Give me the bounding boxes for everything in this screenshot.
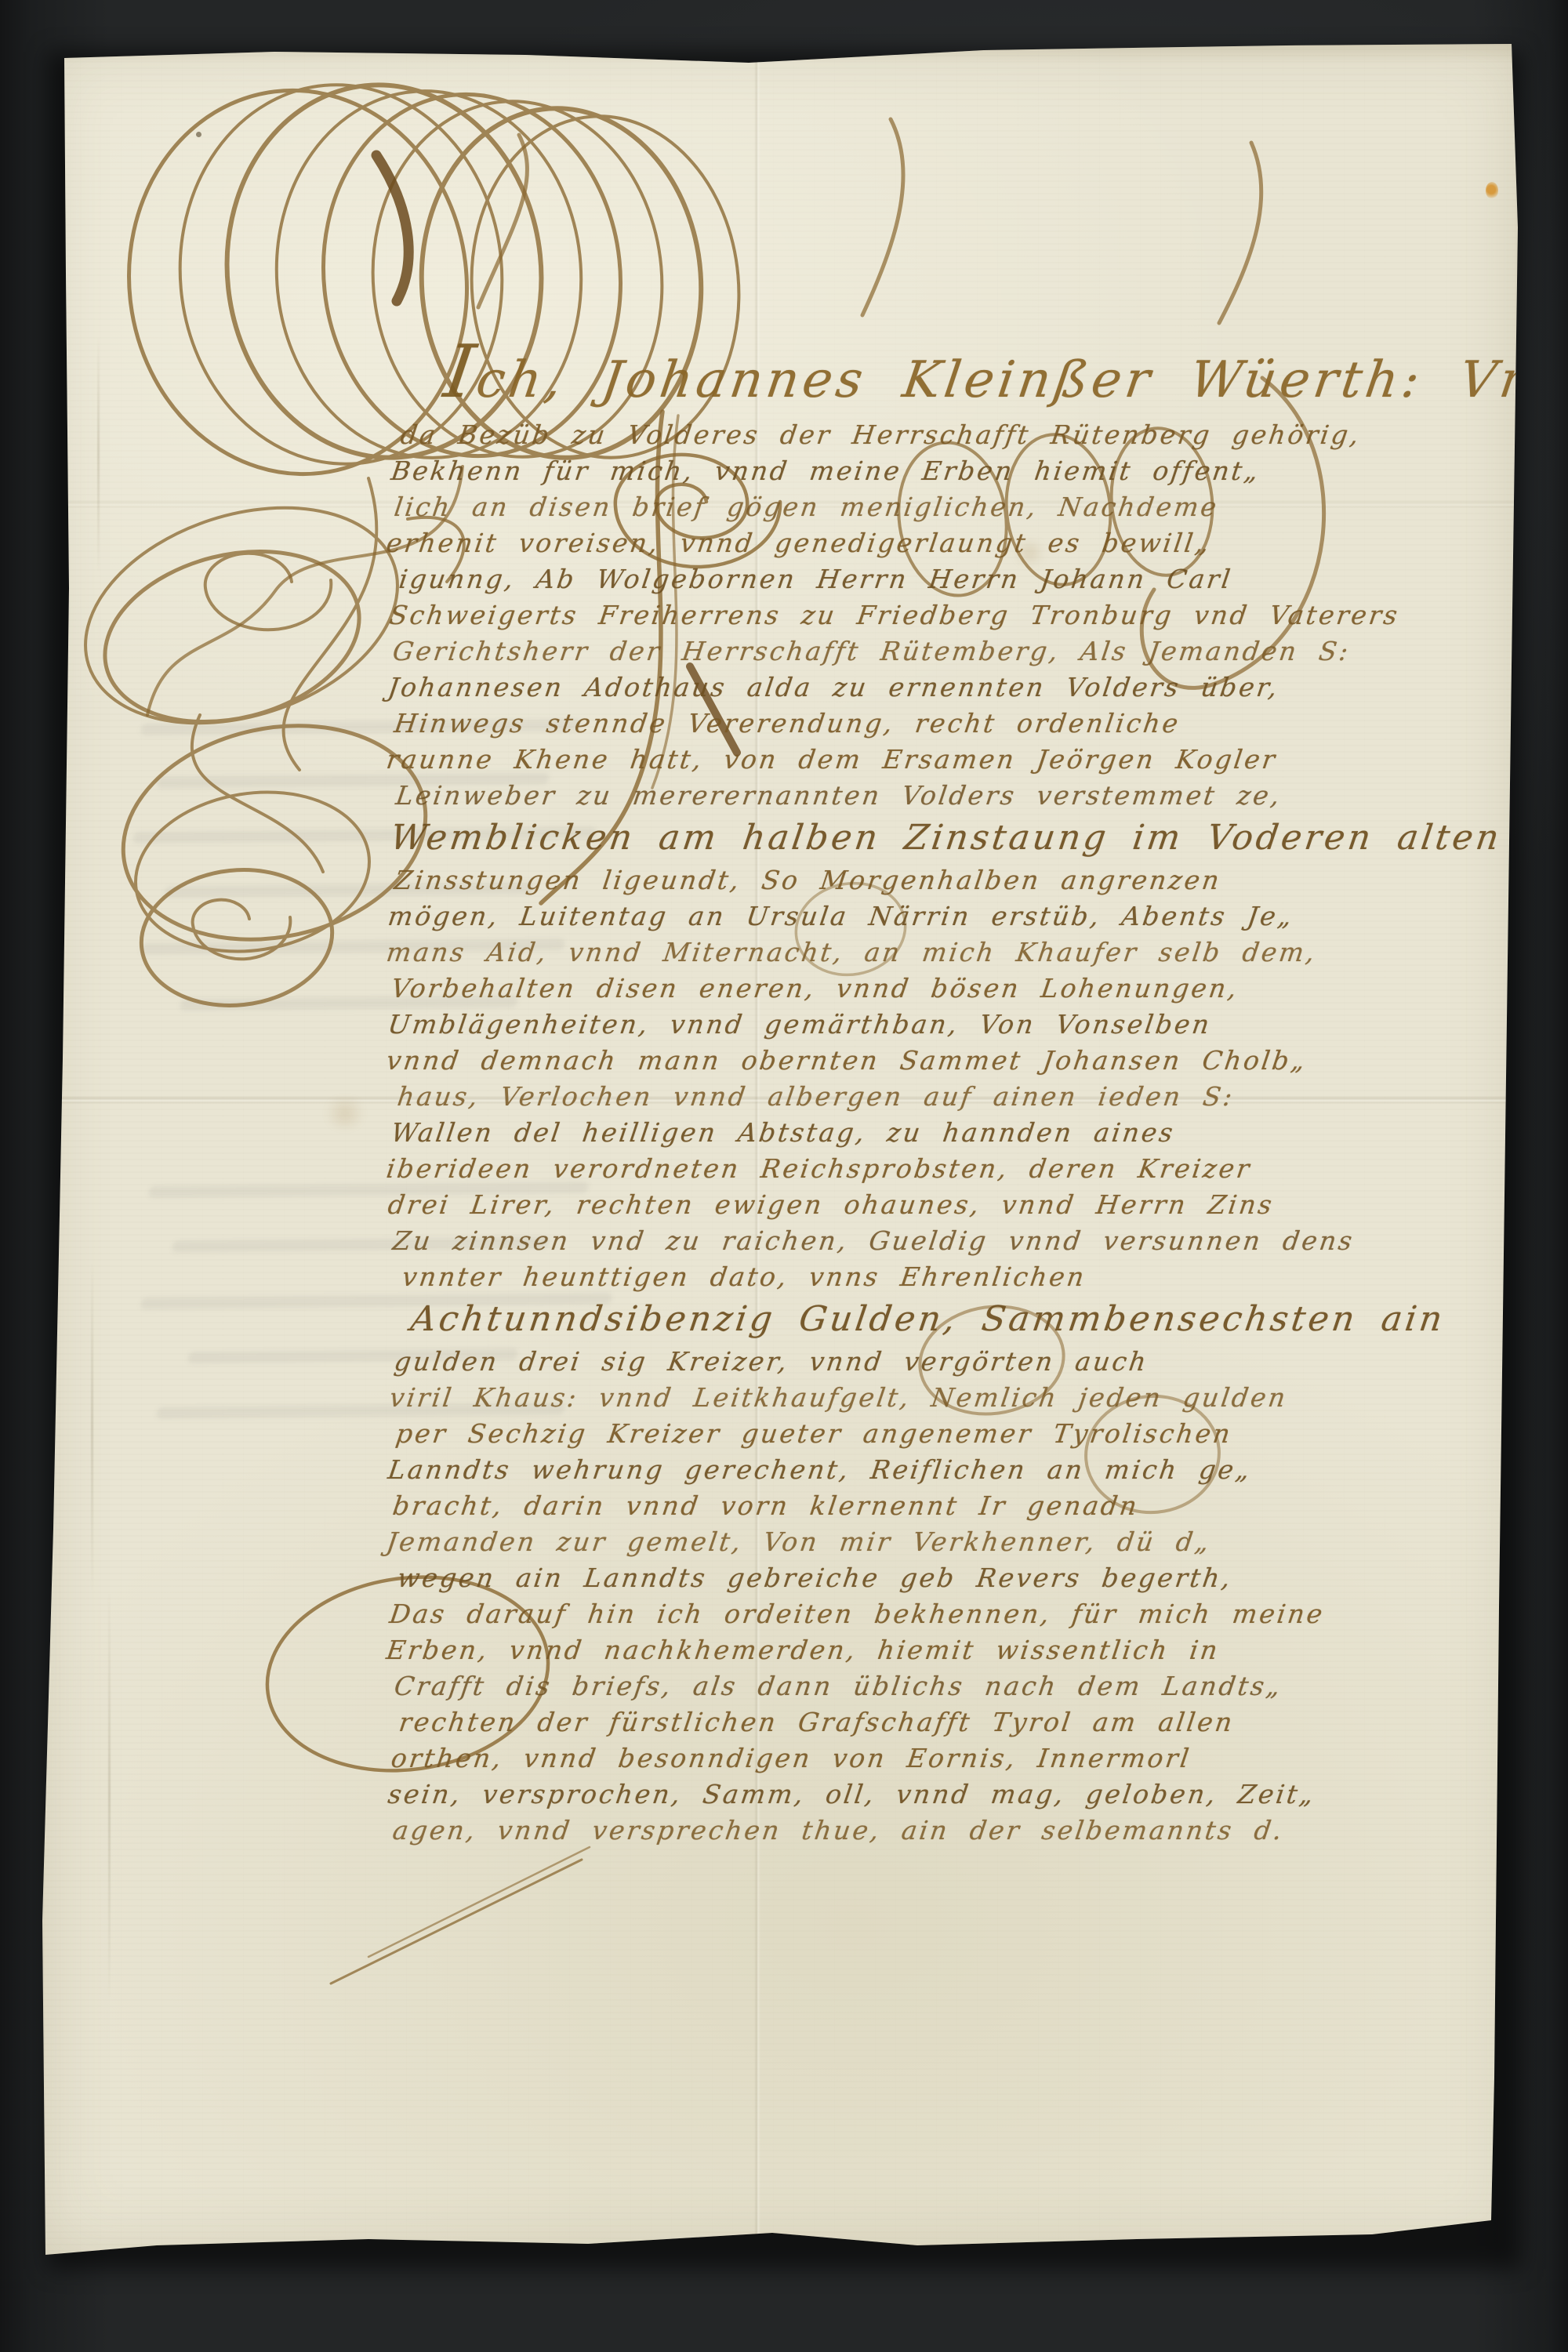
manuscript-line: per Sechzig Kreizer gueter angenemer Tyr…	[384, 1416, 1534, 1452]
manuscript-line: Ich, Johannes Kleinßer Wüerth: Vnd	[384, 331, 1541, 417]
manuscript-line: Umblägenheiten, vnnd gemärthban, Von Von…	[384, 1007, 1534, 1043]
photo-backdrop: Ich, Johannes Kleinßer Wüerth: Vndda Bez…	[0, 0, 1568, 2352]
manuscript-line: Vorbehalten disen eneren, vnnd bösen Loh…	[384, 971, 1534, 1007]
manuscript-line: Crafft dis briefs, als dann üblichs nach…	[384, 1668, 1534, 1704]
manuscript-line: bracht, darin vnnd vorn klernennt Ir gen…	[384, 1488, 1534, 1524]
ink-stain	[196, 132, 201, 137]
manuscript-line: Lanndts wehrung gerechent, Reiflichen an…	[384, 1452, 1534, 1488]
ink-stain	[1486, 182, 1498, 199]
text-block: Ich, Johannes Kleinßer Wüerth: Vndda Bez…	[384, 331, 1529, 1849]
manuscript-line: viril Khaus: vnnd Leitkhaufgelt, Nemlich…	[384, 1380, 1534, 1416]
manuscript-line: da Bezüb zu Volderes der Herrschafft Rüt…	[384, 417, 1534, 453]
manuscript-line: Hinwegs stennde Vererendung, recht orden…	[384, 706, 1534, 742]
manuscript-line: Bekhenn für mich, vnnd meine Erben hiemi…	[384, 453, 1534, 489]
manuscript-line: erhenit voreisen, vnnd genedigerlaungt e…	[384, 525, 1534, 561]
manuscript-line: drei Lirer, rechten ewigen ohaunes, vnnd…	[384, 1187, 1534, 1223]
manuscript-line: igunng, Ab Wolgebornen Herrn Herrn Johan…	[384, 561, 1534, 597]
manuscript-line: Wemblicken am halben Zinstaung im Vodere…	[384, 814, 1536, 862]
manuscript-line: sein, versprochen, Samm, oll, vnnd mag, …	[384, 1777, 1534, 1813]
manuscript-line: iberideen verordneten Reichsprobsten, de…	[384, 1151, 1534, 1187]
paper-wrinkle	[108, 1592, 111, 1999]
manuscript-line: rechten der fürstlichen Grafschafft Tyro…	[384, 1704, 1534, 1740]
manuscript-line: agen, vnnd versprechen thue, ain der sel…	[384, 1813, 1534, 1849]
manuscript-line: Jemanden zur gemelt, Von mir Verkhenner,…	[384, 1524, 1534, 1560]
manuscript-line: Zinsstungen ligeundt, So Morgenhalben an…	[384, 862, 1534, 898]
manuscript-line: mans Aid, vnnd Miternacht, an mich Khauf…	[384, 935, 1534, 971]
manuscript-line: Wallen del heilligen Abtstag, zu hannden…	[384, 1115, 1534, 1151]
manuscript-line: Zu zinnsen vnd zu raichen, Gueldig vnnd …	[384, 1223, 1534, 1259]
ink-stain	[321, 1098, 368, 1129]
manuscript-line: orthen, vnnd besonndigen von Eornis, Inn…	[384, 1740, 1534, 1777]
manuscript-line: Johannesen Adothaus alda zu ernennten Vo…	[384, 670, 1534, 706]
manuscript-line: lich an disen brief gögen meniglichen, N…	[384, 489, 1534, 525]
manuscript-line: wegen ain Lanndts gebreiche geb Revers b…	[384, 1560, 1534, 1596]
manuscript-line: vnnter heunttigen dato, vnns Ehrenlichen	[384, 1259, 1534, 1295]
manuscript-line: raunne Khene hatt, von dem Ersamen Jeörg…	[384, 742, 1534, 778]
manuscript-line: Leinweber zu mererernannten Volders vers…	[384, 778, 1534, 814]
manuscript-line: mögen, Luitentag an Ursula Närrin erstüb…	[384, 898, 1534, 935]
manuscript-line: Gerichtsherr der Herrschafft Rütemberg, …	[384, 633, 1534, 670]
manuscript-line: haus, Verlochen vnnd albergen auf ainen …	[384, 1079, 1534, 1115]
manuscript-line: Erben, vnnd nachkhemerden, hiemit wissen…	[384, 1632, 1534, 1668]
manuscript-line: Das darauf hin ich ordeiten bekhennen, f…	[384, 1596, 1534, 1632]
manuscript-page: Ich, Johannes Kleinßer Wüerth: Vndda Bez…	[39, 39, 1521, 2258]
manuscript-line: vnnd demnach mann obernten Sammet Johans…	[384, 1043, 1534, 1079]
paper-wrinkle	[91, 1262, 93, 1592]
manuscript-line: gulden drei sig Kreizer, vnnd vergörten …	[384, 1344, 1534, 1380]
manuscript-line: Achtunndsibenzig Gulden, Sammbensechsten…	[384, 1295, 1536, 1344]
manuscript-line: Schweigerts Freiherrens zu Friedberg Tro…	[384, 597, 1534, 633]
paper-wrinkle	[97, 337, 100, 572]
